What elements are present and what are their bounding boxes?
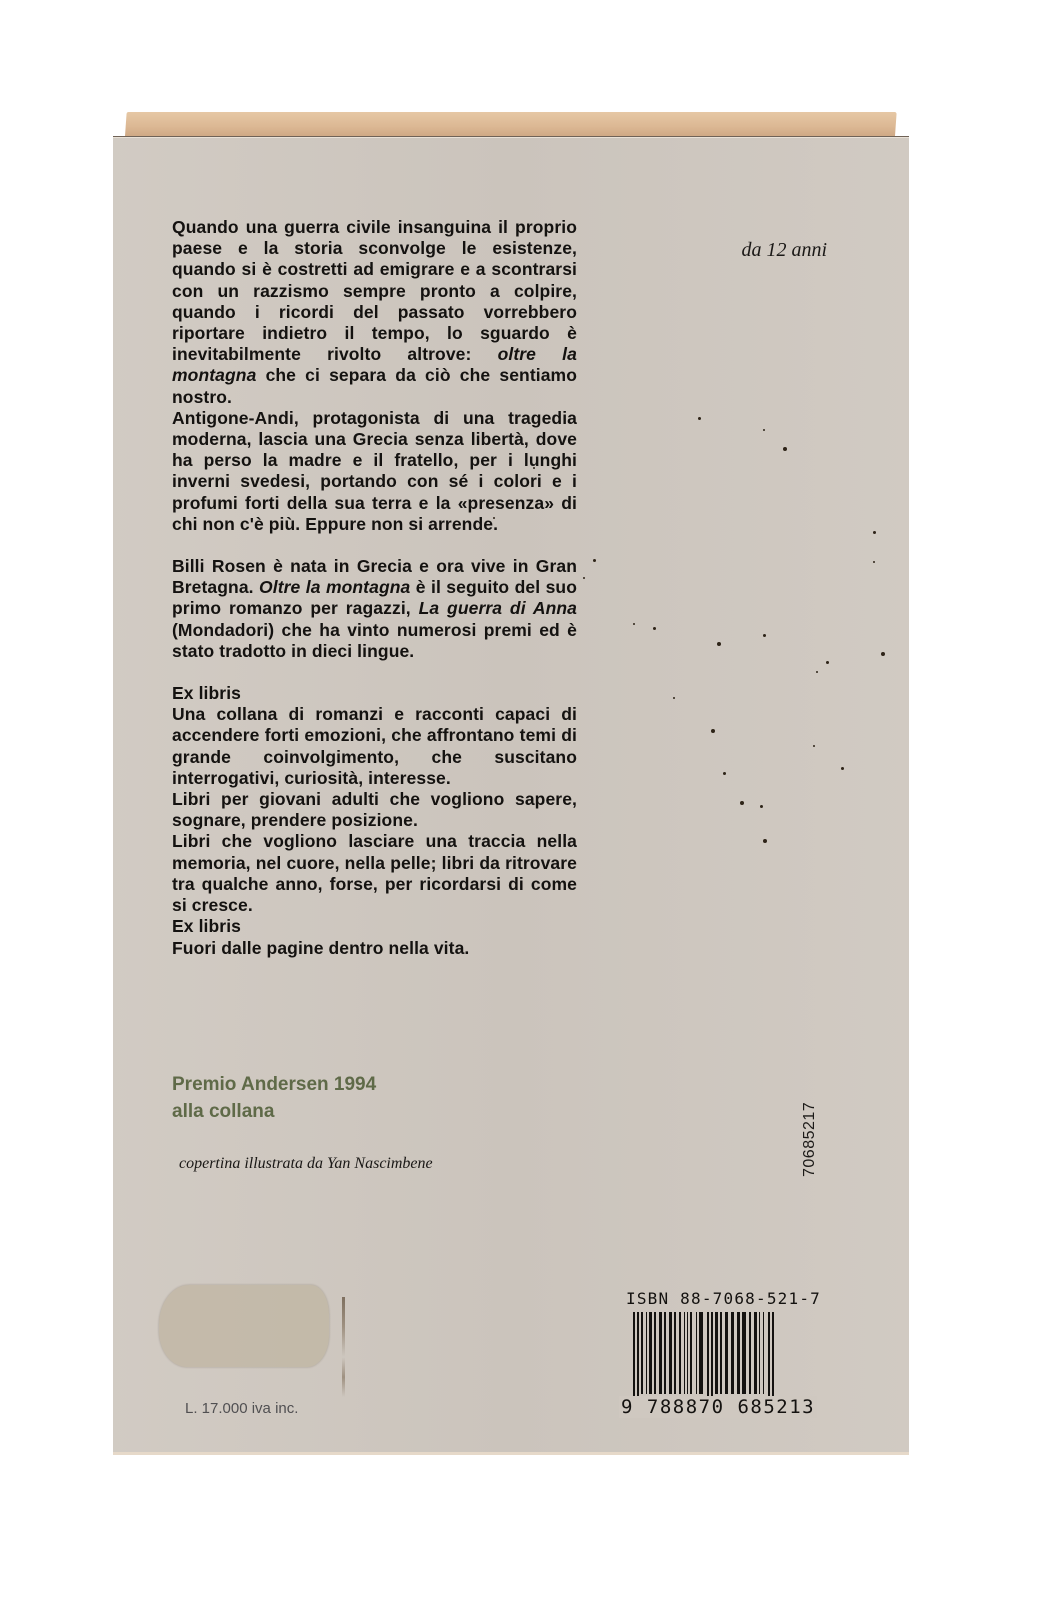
stain-speck	[723, 772, 726, 775]
stain-speck	[583, 577, 585, 579]
award-line-1: Premio Andersen 1994	[172, 1071, 376, 1098]
series-line-3: Libri che vogliono lasciare una traccia …	[172, 831, 577, 916]
stain-speck	[783, 447, 787, 451]
catalog-code: 70685217	[801, 1102, 819, 1177]
stain-speck	[533, 467, 535, 469]
author-bio: Billi Rosen è nata in Grecia e ora vive …	[172, 556, 577, 662]
cover-text-block: Quando una guerra civile insanguina il p…	[172, 217, 577, 959]
stain-speck	[813, 745, 815, 747]
synopsis-paragraph-2: Antigone-Andi, protagonista di una trage…	[172, 408, 577, 535]
stain-speck	[593, 559, 596, 562]
stain-speck	[763, 429, 765, 431]
stain-speck	[493, 517, 495, 519]
stain-speck	[873, 561, 875, 563]
award-text: Premio Andersen 1994 alla collana	[172, 1071, 376, 1125]
series-title-repeat: Ex libris	[172, 916, 577, 937]
age-label: da 12 anni	[741, 239, 827, 262]
barcode-icon	[631, 1312, 841, 1408]
synopsis-paragraph-1: Quando una guerra civile insanguina il p…	[172, 217, 577, 408]
stain-speck	[763, 839, 767, 843]
ean-digits: 9 788870 685213	[619, 1396, 817, 1418]
stain-speck	[698, 417, 701, 420]
stain-speck	[633, 623, 635, 625]
stain-speck	[740, 801, 744, 805]
award-line-2: alla collana	[172, 1098, 376, 1125]
book-back-cover: da 12 anni Quando una guerra civile insa…	[113, 112, 909, 1452]
price-label: L. 17.000 iva inc.	[185, 1400, 298, 1417]
book-top-edge	[125, 112, 897, 136]
isbn-label: ISBN 88-7068-521-7	[626, 1289, 821, 1308]
price-sticker	[159, 1285, 329, 1367]
tear-mark	[342, 1297, 345, 1397]
series-title: Ex libris	[172, 683, 577, 704]
cover-surface: da 12 anni Quando una guerra civile insa…	[113, 136, 909, 1453]
title-mention: La guerra di Anna	[419, 598, 577, 618]
series-description: Una collana di romanzi e racconti capaci…	[172, 704, 577, 789]
stain-speck	[873, 531, 876, 534]
title-mention: Oltre la montagna	[259, 577, 410, 597]
stain-speck	[653, 627, 656, 630]
stain-speck	[711, 729, 715, 733]
stain-speck	[717, 642, 721, 646]
series-motto: Fuori dalle pagine dentro nella vita.	[172, 938, 577, 959]
stain-speck	[816, 671, 818, 673]
stain-speck	[826, 661, 829, 664]
stain-speck	[841, 767, 844, 770]
stain-speck	[760, 805, 763, 808]
stain-speck	[763, 634, 766, 637]
series-line-2: Libri per giovani adulti che vogliono sa…	[172, 789, 577, 831]
stain-speck	[673, 697, 675, 699]
stain-speck	[881, 652, 885, 656]
cover-credit: copertina illustrata da Yan Nascimbene	[179, 1155, 433, 1173]
